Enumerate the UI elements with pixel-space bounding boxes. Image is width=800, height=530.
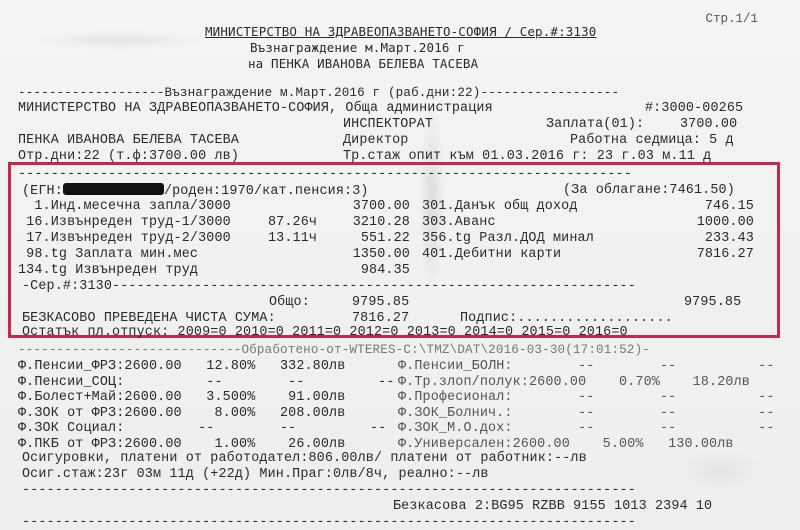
contribution-right: Ф.ЗОК_Болнич.: -- -- -- [398, 406, 775, 422]
organization: МИНИСТЕРСТВО НА ЗДРАВЕОПАЗВАНЕТО-СОФИЯ, … [18, 101, 493, 117]
work-week: Работна седмица: 5 д [570, 133, 734, 149]
contribution-left: Ф.ЗОК от ФРЗ:2600.00 8.00% 208.00лв [18, 406, 345, 422]
contribution-left: Ф.Пенсии_ФРЗ:2600.00 12.80% 332.80лв [18, 359, 345, 375]
earning-hours: 13.11ч [268, 231, 317, 247]
earning-amount: 1350.00 [353, 247, 410, 263]
earning-label: 16.Извънреден труд-1/3000 [18, 215, 231, 231]
deduction-label: 301.Данък общ доход [422, 199, 578, 215]
earning-hours: 87.26ч [268, 215, 317, 231]
redacted-egn [63, 183, 164, 195]
contribution-left: Ф.ЗОК Социал: -- -- -- [18, 421, 386, 437]
insurance-paid: Осигуровки, платени от работодател:806.0… [22, 451, 587, 467]
organization-code: #:3000-00265 [645, 101, 743, 117]
egn-label: (ЕГН: [22, 184, 63, 199]
employee-name: ПЕНКА ИВАНОВА БЕЛЕВА ТАСЕВА [18, 133, 239, 149]
details-divider: ----------------------------------------… [18, 167, 632, 183]
employee-heading: на ПЕНКА ИВАНОВА БЕЛЕВА ТАСЕВА [248, 56, 478, 72]
total-earnings: 9795.85 [352, 295, 409, 311]
earning-amount: 984.35 [361, 263, 410, 279]
deduction-amount: 746.15 [705, 199, 754, 215]
earning-label: 17.Извънреден труд-2/3000 [18, 231, 231, 247]
egn-line: (ЕГН:/роден:1970/кат.пенсия:3) [22, 183, 369, 200]
earning-label: 134.tg Извънреден труд [18, 263, 198, 279]
salary-label: Заплата(01): [546, 117, 644, 133]
document-subtitle: Възнаграждение м.Март.2016 г [250, 40, 465, 56]
taxable-amount: (За облагане:7461.50) [563, 183, 735, 199]
footer-divider-bottom: ----------------------------------------… [22, 515, 636, 530]
contribution-right: Ф.Тр.злоп/полук:2600.00 0.70% 18.20лв [398, 375, 750, 391]
deduction-label: 356.tg Разл.ДОД минал [422, 231, 594, 247]
document-title: МИНИСТЕРСТВО НА ЗДРАВЕОПАЗВАНЕТО-СОФИЯ /… [205, 24, 596, 40]
contribution-left: Ф.Болест+Май:2600.00 3.500% 91.00лв [18, 390, 345, 406]
deduction-amount: 233.43 [705, 231, 754, 247]
position: Директор [343, 133, 409, 149]
contribution-right: Ф.Професионал: -- -- -- [398, 390, 775, 406]
contribution-right: Ф.Пенсии_БОЛН: -- -- -- [398, 359, 775, 375]
total-label: Общо: [269, 295, 310, 311]
period-banner: -------------------Възнаграждение м.Март… [18, 85, 619, 101]
salary-value: 3700.00 [680, 117, 737, 133]
deduction-amount: 1000.00 [697, 215, 754, 231]
contribution-right: Ф.ЗОК_М.О.дох: -- -- -- [398, 421, 775, 437]
earning-label: 98.tg Заплата мин.мес [18, 247, 198, 263]
processed-by-line: -----------------------------Обработено-… [18, 342, 650, 358]
insurance-seniority: Осиг.стаж:23г 03м 11д (+22д) Мин.Праг:0л… [22, 467, 489, 483]
total-deductions: 9795.85 [684, 295, 741, 311]
leave-remaining: Остатък пл.отпуск: 2009=0 2010=0 2011=0 … [22, 325, 628, 341]
series-divider: -Сер.#:3130-----------------------------… [22, 279, 636, 295]
deduction-label: 303.Аванс [422, 215, 496, 231]
earning-amount: 3210.28 [353, 215, 410, 231]
earning-label: 1.Инд.месечна запла/3000 [18, 199, 231, 215]
page-number: Стр.1/1 [705, 12, 758, 26]
department: ИНСПЕКТОРАТ [343, 117, 433, 133]
footer-divider-top: ----------------------------------------… [22, 483, 636, 499]
contribution-left: Ф.Пенсии_СОЦ: -- -- -- [18, 375, 395, 391]
earning-amount: 551.22 [361, 231, 410, 247]
deduction-label: 401.Дебитни карти [422, 247, 561, 263]
earning-amount: 3700.00 [353, 199, 410, 215]
deduction-amount: 7816.27 [697, 247, 754, 263]
bank-account: Безкасова 2:BG95 RZBB 9155 1013 2394 10 [393, 499, 712, 515]
birth-info: /роден:1970/кат.пенсия:3) [164, 184, 369, 199]
